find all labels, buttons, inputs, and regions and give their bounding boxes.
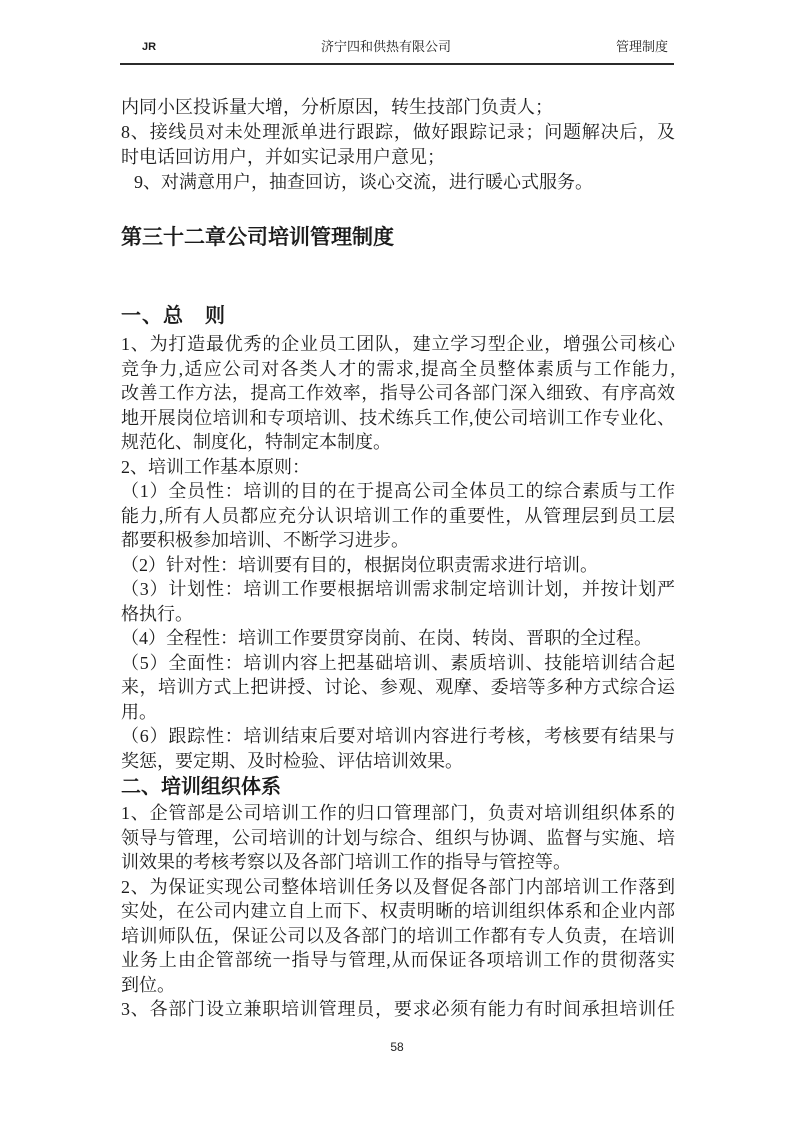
text-line: 2、为保证实现公司整体培训任务以及督促各部门内部培训工作落到 [121,875,675,900]
chapter-title: 第三十二章公司培训管理制度 [121,222,675,252]
header-logo: JR [120,38,156,56]
text-line: （1）全员性：培训的目的在于提高公司全体员工的综合素质与工作 [121,479,675,504]
text-line: 8、接线员对未处理派单进行跟踪，做好跟踪记录；问题解决后，及 [121,120,675,145]
text-line: 内同小区投诉量大增，分析原因，转生技部门负责人； [121,95,675,120]
text-line: 时电话回访用户，并如实记录用户意见； [121,145,675,170]
header-company-name: 济宁四和供热有限公司 [321,38,451,56]
text-line: 1、为打造最优秀的企业员工团队，建立学习型企业，增强公司核心 [121,332,675,357]
text-line: （3）计划性：培训工作要根据培训需求制定培训计划，并按计划严 [121,577,675,602]
text-line: 实处，在公司内建立自上而下、权责明晰的培训组织体系和企业内部 [121,899,675,924]
text-line: 2、培训工作基本原则： [121,455,675,480]
text-line: （6）跟踪性：培训结束后要对培训内容进行考核，考核要有结果与 [121,724,675,749]
text-line: 培训师队伍，保证公司以及各部门的培训工作都有专人负责，在培训 [121,924,675,949]
text-line: 都要积极参加培训、不断学习进步。 [121,528,675,553]
document-body: 内同小区投诉量大增，分析原因，转生技部门负责人； 8、接线员对未处理派单进行跟踪… [121,95,675,1022]
page-header: JR 济宁四和供热有限公司 管理制度 [120,38,674,56]
text-line: 训效果的考核考察以及各部门培训工作的指导与管控等。 [121,850,675,875]
text-line: 9、对满意用户，抽查回访，谈心交流，进行暖心式服务。 [121,170,675,195]
text-line: 1、企管部是公司培训工作的归口管理部门，负责对培训组织体系的 [121,801,675,826]
text-line: 业务上由企管部统一指导与管理,从而保证各项培训工作的贯彻落实 [121,948,675,973]
text-line: 格执行。 [121,602,675,627]
text-line: 规范化、制度化，特制定本制度。 [121,430,675,455]
intro-paragraph: 内同小区投诉量大增，分析原因，转生技部门负责人； 8、接线员对未处理派单进行跟踪… [121,95,675,195]
header-doc-type: 管理制度 [616,38,674,56]
page-number: 58 [390,1040,403,1054]
text-line: 能力,所有人员都应充分认识培训工作的重要性，从管理层到员工层 [121,504,675,529]
text-line: 到位。 [121,973,675,998]
text-line: 地开展岗位培训和专项培训、技术练兵工作,使公司培训工作专业化、 [121,406,675,431]
text-line: 改善工作方法，提高工作效率，指导公司各部门深入细致、有序高效 [121,381,675,406]
document-page: JR 济宁四和供热有限公司 管理制度 内同小区投诉量大增，分析原因，转生技部门负… [0,0,794,1123]
section-heading-training-organization: 二、培训组织体系 [121,773,675,801]
text-line: （5）全面性：培训内容上把基础培训、素质培训、技能培训结合起 [121,651,675,676]
text-line: 奖惩，要定期、及时检验、评估培训效果。 [121,749,675,774]
text-line: 竞争力,适应公司对各类人才的需求,提高全员整体素质与工作能力, [121,357,675,382]
text-line: 来，培训方式上把讲授、讨论、参观、观摩、委培等多种方式综合运 [121,675,675,700]
text-line: 用。 [121,700,675,725]
text-line: 3、各部门设立兼职培训管理员，要求必须有能力有时间承担培训任 [121,997,675,1022]
header-rule [120,63,674,65]
page-footer: 58 [0,1040,794,1054]
text-line: （2）针对性：培训要有目的，根据岗位职责需求进行培训。 [121,553,675,578]
text-line: 领导与管理，公司培训的计划与综合、组织与协调、监督与实施、培 [121,826,675,851]
section-heading-general-rules: 一、总 则 [121,302,675,330]
text-line: （4）全程性：培训工作要贯穿岗前、在岗、转岗、晋职的全过程。 [121,626,675,651]
